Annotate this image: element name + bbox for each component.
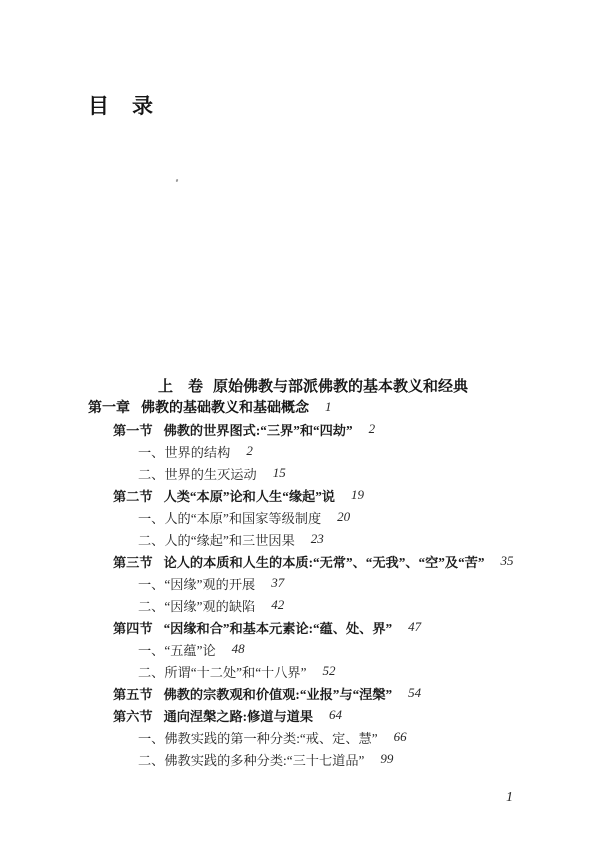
toc-entry: 二、“因缘”观的缺陷42: [0, 594, 600, 616]
toc-entry-title: 佛教的基础教义和基础概念: [141, 397, 309, 417]
toc-list: 第一章佛教的基础教义和基础概念1第一节佛教的世界图式:“三界”和“四劫”2一、世…: [0, 396, 600, 770]
toc-entry: 第一章佛教的基础教义和基础概念1: [0, 396, 600, 418]
toc-entry-title: “因缘”观的开展: [164, 574, 255, 593]
toc-entry-label: 第一节: [113, 420, 153, 439]
toc-entry-label: 一、: [138, 574, 164, 593]
toc-entry-label: 一、: [138, 442, 164, 461]
toc-entry-title: “五蕴”论: [164, 640, 215, 659]
toc-entry-title: 人的“缘起”和三世因果: [164, 530, 294, 549]
toc-entry-page: 48: [232, 641, 245, 657]
toc-entry-label: 一、: [138, 508, 164, 527]
toc-entry-page: 42: [271, 597, 284, 613]
toc-entry: 第一节佛教的世界图式:“三界”和“四劫”2: [0, 418, 600, 440]
toc-entry: 第三节论人的本质和人生的本质:“无常”、“无我”、“空”及“苦”35: [0, 550, 600, 572]
toc-entry-page: 66: [394, 729, 407, 745]
toc-entry-label: 第三节: [113, 552, 153, 571]
toc-entry-label: 二、: [138, 530, 164, 549]
volume-label: 上 卷: [158, 379, 203, 395]
toc-entry-page: 47: [408, 619, 421, 635]
toc-entry: 一、“五蕴”论48: [0, 638, 600, 660]
volume-title: 原始佛教与部派佛教的基本教义和经典: [213, 379, 468, 395]
toc-entry: 第二节人类“本原”论和人生“缘起”说19: [0, 484, 600, 506]
toc-entry: 二、佛教实践的多种分类:“三十七道品”99: [0, 748, 600, 770]
toc-entry-title: 论人的本质和人生的本质:“无常”、“无我”、“空”及“苦”: [164, 552, 485, 571]
toc-entry-label: 一、: [138, 728, 164, 747]
toc-entry-page: 35: [500, 553, 513, 569]
toc-entry-page: 99: [380, 751, 393, 767]
toc-entry-page: 52: [322, 663, 335, 679]
toc-entry: 一、佛教实践的第一种分类:“戒、定、慧”66: [0, 726, 600, 748]
toc-entry-page: 64: [329, 707, 342, 723]
toc-entry: 第六节通向涅槃之路:修道与道果64: [0, 704, 600, 726]
toc-entry: 二、人的“缘起”和三世因果23: [0, 528, 600, 550]
toc-entry-page: 54: [408, 685, 421, 701]
toc-entry-label: 二、: [138, 596, 164, 615]
toc-entry-label: 二、: [138, 750, 164, 769]
toc-entry-title: 世界的生灭运动: [164, 464, 256, 483]
toc-entry: 一、世界的结构2: [0, 440, 600, 462]
toc-entry-page: 19: [351, 487, 364, 503]
toc-entry: 一、人的“本原”和国家等级制度20: [0, 506, 600, 528]
toc-entry: 第五节佛教的宗教观和价值观:“业报”与“涅槃”54: [0, 682, 600, 704]
toc-entry-label: 一、: [138, 640, 164, 659]
scan-speck: [176, 179, 179, 183]
toc-entry-label: 第二节: [113, 486, 153, 505]
toc-entry-page: 2: [246, 443, 253, 459]
toc-entry-title: 人类“本原”论和人生“缘起”说: [164, 486, 335, 505]
toc-entry-label: 第四节: [113, 618, 153, 637]
toc-entry-label: 第五节: [113, 684, 153, 703]
page-title: 目 录: [88, 90, 154, 120]
toc-entry-page: 37: [271, 575, 284, 591]
toc-entry-page: 2: [369, 421, 376, 437]
toc-entry-title: 佛教实践的第一种分类:“戒、定、慧”: [164, 728, 377, 747]
toc-entry-page: 23: [311, 531, 324, 547]
toc-entry-title: 人的“本原”和国家等级制度: [164, 508, 321, 527]
toc-entry: 第四节“因缘和合”和基本元素论:“蕴、处、界”47: [0, 616, 600, 638]
toc-entry-label: 二、: [138, 662, 164, 681]
toc-entry-page: 20: [337, 509, 350, 525]
page-number: 1: [506, 790, 513, 806]
toc-entry-title: 世界的结构: [164, 442, 230, 461]
toc-entry-label: 第六节: [113, 706, 153, 725]
document-page: 目 录 上 卷原始佛教与部派佛教的基本教义和经典 第一章佛教的基础教义和基础概念…: [0, 0, 600, 849]
toc-entry-label: 第一章: [88, 397, 130, 417]
toc-entry: 二、世界的生灭运动15: [0, 462, 600, 484]
toc-entry: 一、“因缘”观的开展37: [0, 572, 600, 594]
toc-entry-page: 1: [325, 399, 332, 415]
toc-entry-title: 佛教的世界图式:“三界”和“四劫”: [164, 420, 353, 439]
toc-entry-title: 通向涅槃之路:修道与道果: [164, 706, 313, 725]
toc-entry-title: 佛教实践的多种分类:“三十七道品”: [164, 750, 364, 769]
toc-entry-title: 所谓“十二处”和“十八界”: [164, 662, 306, 681]
toc-entry: 二、所谓“十二处”和“十八界”52: [0, 660, 600, 682]
toc-entry-label: 二、: [138, 464, 164, 483]
toc-entry-title: “因缘”观的缺陷: [164, 596, 255, 615]
toc-entry-title: “因缘和合”和基本元素论:“蕴、处、界”: [164, 618, 393, 637]
toc-entry-page: 15: [273, 465, 286, 481]
toc-entry-title: 佛教的宗教观和价值观:“业报”与“涅槃”: [164, 684, 393, 703]
